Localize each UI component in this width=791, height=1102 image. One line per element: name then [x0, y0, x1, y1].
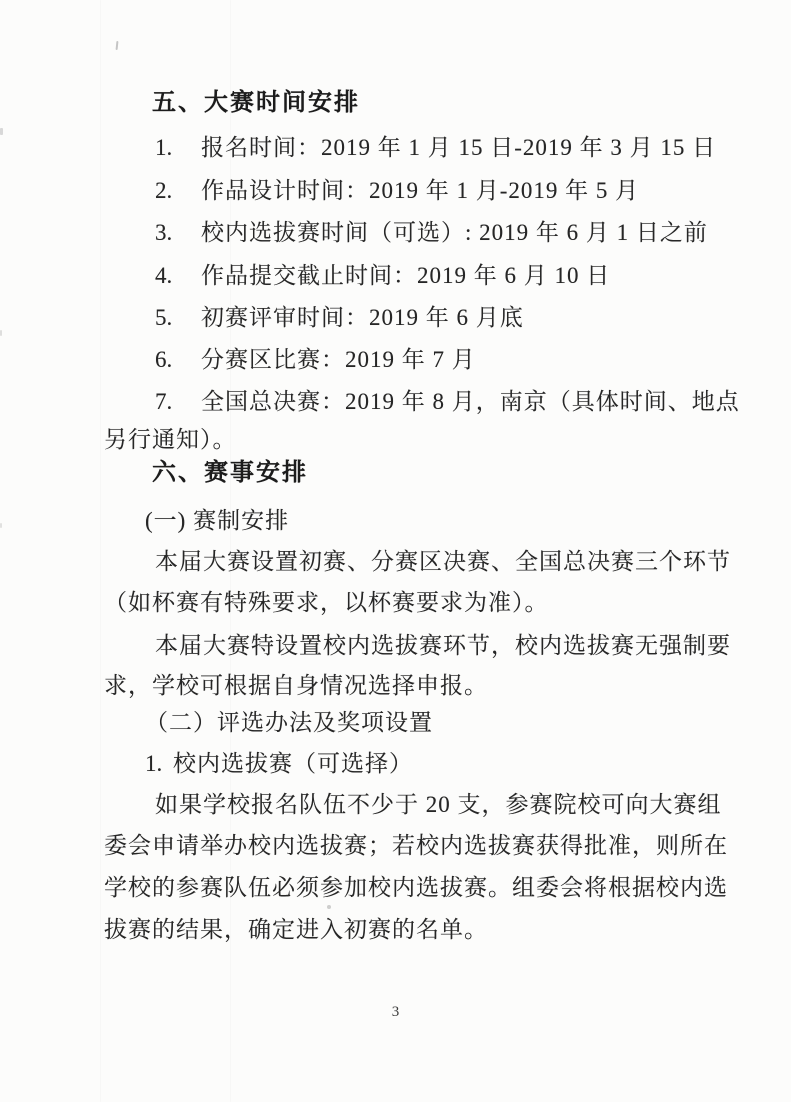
scan-artifact: [0, 523, 2, 528]
list-item-text: 作品设计时间：2019 年 1 月-2019 年 5 月: [201, 178, 639, 203]
numbered-list-item: 1.报名时间：2019 年 1 月 15 日-2019 年 3 月 15 日: [155, 133, 716, 163]
section-heading: 五、大赛时间安排: [152, 88, 360, 118]
list-item-text: 校内选拔赛时间（可选）: 2019 年 6 月 1 日之前: [201, 220, 708, 245]
numbered-subitem: 1.校内选拔赛（可选择）: [145, 749, 413, 779]
scan-artifact: [100, 0, 101, 1102]
subsection-heading: (一) 赛制安排: [145, 506, 289, 536]
numbered-list-item: 2.作品设计时间：2019 年 1 月-2019 年 5 月: [155, 176, 639, 206]
scan-artifact: [0, 128, 3, 135]
paragraph-line: （如杯赛有特殊要求，以杯赛要求为准）。: [104, 588, 549, 618]
numbered-list-item: 5.初赛评审时间：2019 年 6 月底: [155, 303, 524, 333]
paragraph-line: 求，学校可根据自身情况选择申报。: [104, 671, 488, 701]
numbered-list-item: 7.全国总决赛：2019 年 8 月，南京（具体时间、地点: [155, 387, 740, 417]
paragraph-line: 如果学校报名队伍不少于 20 支，参赛院校可向大赛组: [155, 790, 722, 820]
paragraph-line: 本届大赛特设置校内选拔赛环节，校内选拔赛无强制要: [155, 631, 731, 661]
list-item-number: 4.: [155, 261, 201, 291]
scan-artifact: [230, 0, 231, 1102]
paragraph-line: 另行通知）。: [104, 425, 237, 455]
paragraph-line: 拔赛的结果，确定进入初赛的名单。: [104, 915, 488, 945]
paragraph-line: 本届大赛设置初赛、分赛区决赛、全国总决赛三个环节: [155, 547, 731, 577]
numbered-list-item: 3.校内选拔赛时间（可选）: 2019 年 6 月 1 日之前: [155, 218, 708, 248]
list-item-text: 报名时间：2019 年 1 月 15 日-2019 年 3 月 15 日: [201, 135, 716, 160]
list-item-number: 1.: [145, 749, 173, 779]
list-item-number: 2.: [155, 176, 201, 206]
paragraph-line: 委会申请举办校内选拔赛；若校内选拔赛获得批准，则所在: [104, 831, 728, 861]
list-item-number: 5.: [155, 303, 201, 333]
document-page: 五、大赛时间安排1.报名时间：2019 年 1 月 15 日-2019 年 3 …: [0, 0, 791, 1102]
paragraph-line: 学校的参赛队伍必须参加校内选拔赛。组委会将根据校内选: [104, 873, 728, 903]
subsection-heading: （二）评选办法及奖项设置: [145, 708, 433, 738]
list-item-text: 全国总决赛：2019 年 8 月，南京（具体时间、地点: [201, 389, 740, 414]
list-item-text: 校内选拔赛（可选择）: [173, 751, 413, 776]
page-number: 3: [0, 1004, 791, 1021]
numbered-list-item: 4.作品提交截止时间：2019 年 6 月 10 日: [155, 261, 610, 291]
list-item-text: 作品提交截止时间：2019 年 6 月 10 日: [201, 263, 610, 288]
scan-artifact: [327, 905, 331, 909]
scan-artifact: [0, 330, 2, 336]
list-item-text: 初赛评审时间：2019 年 6 月底: [201, 305, 524, 330]
list-item-number: 7.: [155, 387, 201, 417]
list-item-text: 分赛区比赛：2019 年 7 月: [201, 347, 476, 372]
list-item-number: 6.: [155, 345, 201, 375]
scan-artifact: [116, 41, 119, 50]
numbered-list-item: 6.分赛区比赛：2019 年 7 月: [155, 345, 476, 375]
list-item-number: 1.: [155, 133, 201, 163]
list-item-number: 3.: [155, 218, 201, 248]
